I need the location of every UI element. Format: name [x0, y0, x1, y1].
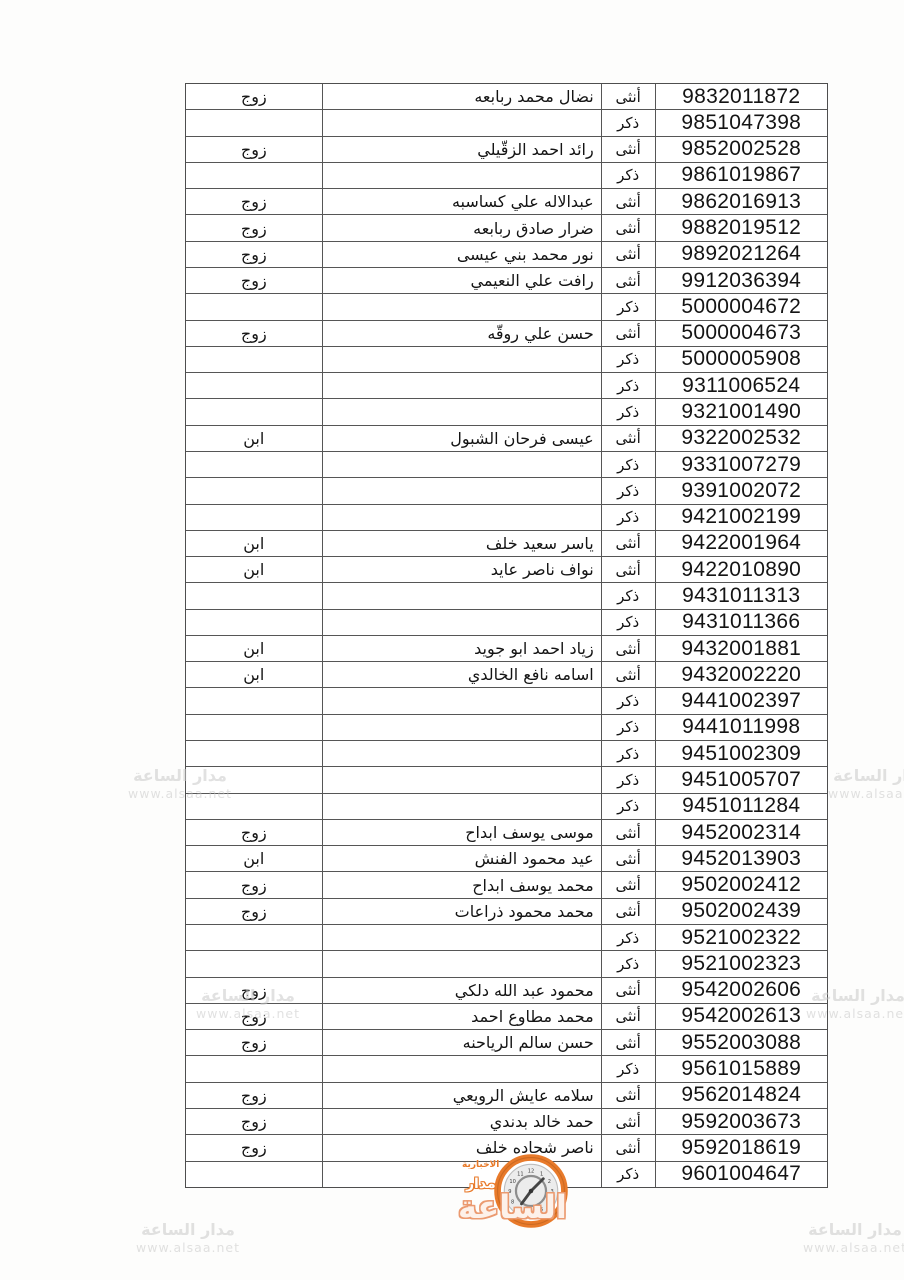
name-cell: اسامه نافع الخالدي — [323, 662, 602, 687]
table-row: ابنعيد محمود الفنشأنثى9452013903 — [186, 846, 827, 872]
gender-cell: أنثى — [602, 899, 656, 924]
table-row: ذكر9431011366 — [186, 610, 827, 636]
national-id-cell: 9561015889 — [656, 1056, 827, 1081]
relationship-cell — [186, 1162, 323, 1187]
relationship-cell: زوج — [186, 978, 323, 1003]
national-id-cell: 9592003673 — [656, 1109, 827, 1134]
gender-cell: ذكر — [602, 610, 656, 635]
national-id-cell: 9431011366 — [656, 610, 827, 635]
name-cell — [323, 583, 602, 608]
gender-cell: ذكر — [602, 399, 656, 424]
relationship-cell: زوج — [186, 1083, 323, 1108]
gender-cell: ذكر — [602, 1056, 656, 1081]
gender-cell: ذكر — [602, 452, 656, 477]
table-row: ابنياسر سعيد خلفأنثى9422001964 — [186, 531, 827, 557]
name-cell — [323, 741, 602, 766]
name-cell: زياد احمد ابو جويد — [323, 636, 602, 661]
national-id-cell: 9542002613 — [656, 1004, 827, 1029]
gender-cell: أنثى — [602, 426, 656, 451]
table-row: ذكر9451011284 — [186, 794, 827, 820]
table-row: ذكر9441011998 — [186, 715, 827, 741]
national-id-cell: 9422001964 — [656, 531, 827, 556]
relationship-cell: ابن — [186, 662, 323, 687]
name-cell — [323, 110, 602, 135]
watermark-sitename: مدار الساعة — [775, 1220, 904, 1240]
national-id-cell: 9552003088 — [656, 1030, 827, 1055]
table-row: ابنعيسى فرحان الشبولأنثى9322002532 — [186, 426, 827, 452]
table-row: زوجضرار صادق ربابعهأنثى9882019512 — [186, 215, 827, 241]
site-watermark: مدار الساعةwww.alsaa.net — [775, 1220, 904, 1256]
national-id-cell: 9452002314 — [656, 820, 827, 845]
gender-cell: ذكر — [602, 715, 656, 740]
table-row: زوجمحمد يوسف ابداحأنثى9502002412 — [186, 872, 827, 898]
relationship-cell: زوج — [186, 84, 323, 109]
national-id-cell: 9521002322 — [656, 925, 827, 950]
name-cell — [323, 767, 602, 792]
national-id-cell: 9451011284 — [656, 794, 827, 819]
national-id-cell: 9882019512 — [656, 215, 827, 240]
gender-cell: ذكر — [602, 951, 656, 976]
name-cell: عيسى فرحان الشبول — [323, 426, 602, 451]
national-id-cell: 9851047398 — [656, 110, 827, 135]
table-row: ذكر5000005908 — [186, 347, 827, 373]
table-row: زوجناصر شحاده خلفأنثى9592018619 — [186, 1135, 827, 1161]
national-id-cell: 9502002439 — [656, 899, 827, 924]
table-row: زوجرافت علي النعيميأنثى9912036394 — [186, 268, 827, 294]
name-cell — [323, 925, 602, 950]
relationship-cell: زوج — [186, 242, 323, 267]
site-watermark: مدار الساعةwww.alsaa.net — [108, 1220, 268, 1256]
national-id-cell: 9432002220 — [656, 662, 827, 687]
svg-text:7: 7 — [519, 1207, 522, 1213]
table-row: زوجسلامه عايش الرويعيأنثى9562014824 — [186, 1083, 827, 1109]
gender-cell: أنثى — [602, 137, 656, 162]
table-row: ذكر9861019867 — [186, 163, 827, 189]
relationship-cell — [186, 478, 323, 503]
national-id-cell: 9451005707 — [656, 767, 827, 792]
relationship-cell — [186, 583, 323, 608]
gender-cell: ذكر — [602, 347, 656, 372]
national-id-cell: 9892021264 — [656, 242, 827, 267]
gender-cell: ذكر — [602, 767, 656, 792]
national-id-cell: 9391002072 — [656, 478, 827, 503]
name-cell: رائد احمد الزقّيلي — [323, 137, 602, 162]
name-cell: عيد محمود الفنش — [323, 846, 602, 871]
relationship-cell — [186, 294, 323, 319]
name-cell: حسن علي روقّه — [323, 321, 602, 346]
name-cell: رافت علي النعيمي — [323, 268, 602, 293]
table-row: زوجحمد خالد بدنديأنثى9592003673 — [186, 1109, 827, 1135]
relationship-cell: زوج — [186, 215, 323, 240]
table-row: ذكر9391002072 — [186, 478, 827, 504]
relationship-cell — [186, 688, 323, 713]
national-id-cell: 9502002412 — [656, 872, 827, 897]
relationship-cell — [186, 715, 323, 740]
table-row: ذكر9331007279 — [186, 452, 827, 478]
gender-cell: أنثى — [602, 1004, 656, 1029]
name-cell — [323, 478, 602, 503]
relationship-cell — [186, 505, 323, 530]
relationship-cell — [186, 741, 323, 766]
gender-cell: أنثى — [602, 820, 656, 845]
national-id-cell: 9431011313 — [656, 583, 827, 608]
table-row: ذكر9521002322 — [186, 925, 827, 951]
table-row: زوجحسن علي روقّهأنثى5000004673 — [186, 321, 827, 347]
gender-cell: ذكر — [602, 583, 656, 608]
gender-cell: أنثى — [602, 662, 656, 687]
gender-cell: أنثى — [602, 557, 656, 582]
name-cell: موسى يوسف ابداح — [323, 820, 602, 845]
relationship-cell — [186, 1056, 323, 1081]
table-row: ذكر9441002397 — [186, 688, 827, 714]
table-row: ذكر9421002199 — [186, 505, 827, 531]
national-id-cell: 9852002528 — [656, 137, 827, 162]
name-cell: ياسر سعيد خلف — [323, 531, 602, 556]
national-id-cell: 9432001881 — [656, 636, 827, 661]
name-cell — [323, 794, 602, 819]
relationship-cell: زوج — [186, 321, 323, 346]
name-cell — [323, 688, 602, 713]
national-id-cell: 9542002606 — [656, 978, 827, 1003]
table-row: ابننواف ناصر عايدأنثى9422010890 — [186, 557, 827, 583]
name-cell — [323, 1162, 602, 1187]
national-id-cell: 9452013903 — [656, 846, 827, 871]
records-table: زوجنضال محمد ربابعهأنثى9832011872ذكر9851… — [185, 83, 828, 1188]
relationship-cell: ابن — [186, 557, 323, 582]
gender-cell: أنثى — [602, 1083, 656, 1108]
relationship-cell — [186, 399, 323, 424]
table-row: زوجنور محمد بني عيسىأنثى9892021264 — [186, 242, 827, 268]
national-id-cell: 5000004672 — [656, 294, 827, 319]
name-cell — [323, 610, 602, 635]
national-id-cell: 5000004673 — [656, 321, 827, 346]
national-id-cell: 9451002309 — [656, 741, 827, 766]
national-id-cell: 9832011872 — [656, 84, 827, 109]
relationship-cell: زوج — [186, 137, 323, 162]
relationship-cell: زوج — [186, 872, 323, 897]
name-cell: ناصر شحاده خلف — [323, 1135, 602, 1160]
name-cell — [323, 163, 602, 188]
name-cell — [323, 1056, 602, 1081]
svg-text:8: 8 — [511, 1199, 514, 1205]
gender-cell: ذكر — [602, 478, 656, 503]
relationship-cell — [186, 794, 323, 819]
name-cell: حمد خالد بدندي — [323, 1109, 602, 1134]
relationship-cell: زوج — [186, 899, 323, 924]
table-row: ذكر9431011313 — [186, 583, 827, 609]
relationship-cell — [186, 347, 323, 372]
gender-cell: أنثى — [602, 1109, 656, 1134]
gender-cell: أنثى — [602, 1135, 656, 1160]
relationship-cell: زوج — [186, 1030, 323, 1055]
table-row: ذكر9451005707 — [186, 767, 827, 793]
gender-cell: ذكر — [602, 294, 656, 319]
national-id-cell: 9862016913 — [656, 189, 827, 214]
relationship-cell: زوج — [186, 268, 323, 293]
national-id-cell: 9592018619 — [656, 1135, 827, 1160]
relationship-cell — [186, 110, 323, 135]
gender-cell: ذكر — [602, 794, 656, 819]
gender-cell: ذكر — [602, 925, 656, 950]
national-id-cell: 9521002323 — [656, 951, 827, 976]
relationship-cell: زوج — [186, 1135, 323, 1160]
gender-cell: ذكر — [602, 741, 656, 766]
national-id-cell: 9861019867 — [656, 163, 827, 188]
table-row: ذكر9451002309 — [186, 741, 827, 767]
table-row: زوجموسى يوسف ابداحأنثى9452002314 — [186, 820, 827, 846]
relationship-cell: ابن — [186, 846, 323, 871]
relationship-cell — [186, 767, 323, 792]
gender-cell: ذكر — [602, 1162, 656, 1187]
watermark-url: www.alsaa.net — [108, 1240, 268, 1256]
gender-cell: أنثى — [602, 531, 656, 556]
relationship-cell — [186, 373, 323, 398]
name-cell: محمود عبد الله دلكي — [323, 978, 602, 1003]
table-row: ذكر5000004672 — [186, 294, 827, 320]
name-cell: محمد مطاوع احمد — [323, 1004, 602, 1029]
name-cell: سلامه عايش الرويعي — [323, 1083, 602, 1108]
table-row: زوجمحمود عبد الله دلكيأنثى9542002606 — [186, 978, 827, 1004]
svg-text:3: 3 — [551, 1189, 554, 1195]
name-cell: محمد محمود ذراعات — [323, 899, 602, 924]
relationship-cell: زوج — [186, 189, 323, 214]
gender-cell: أنثى — [602, 321, 656, 346]
gender-cell: أنثى — [602, 636, 656, 661]
gender-cell: أنثى — [602, 846, 656, 871]
name-cell — [323, 715, 602, 740]
national-id-cell: 9421002199 — [656, 505, 827, 530]
national-id-cell: 9562014824 — [656, 1083, 827, 1108]
table-row: ذكر9311006524 — [186, 373, 827, 399]
national-id-cell: 9322002532 — [656, 426, 827, 451]
name-cell: حسن سالم الرياحنه — [323, 1030, 602, 1055]
national-id-cell: 9912036394 — [656, 268, 827, 293]
national-id-cell: 5000005908 — [656, 347, 827, 372]
gender-cell: أنثى — [602, 84, 656, 109]
national-id-cell: 9422010890 — [656, 557, 827, 582]
svg-text:4: 4 — [548, 1199, 551, 1205]
relationship-cell: ابن — [186, 636, 323, 661]
svg-text:9: 9 — [508, 1189, 511, 1195]
gender-cell: ذكر — [602, 688, 656, 713]
national-id-cell: 9321001490 — [656, 399, 827, 424]
svg-text:6: 6 — [529, 1210, 532, 1216]
name-cell — [323, 452, 602, 477]
table-row: ذكر9561015889 — [186, 1056, 827, 1082]
name-cell — [323, 347, 602, 372]
name-cell — [323, 951, 602, 976]
document-page: زوجنضال محمد ربابعهأنثى9832011872ذكر9851… — [0, 0, 904, 1280]
relationship-cell — [186, 951, 323, 976]
relationship-cell: زوج — [186, 820, 323, 845]
table-row: زوجمحمد مطاوع احمدأنثى9542002613 — [186, 1004, 827, 1030]
relationship-cell: زوج — [186, 1109, 323, 1134]
relationship-cell: زوج — [186, 1004, 323, 1029]
gender-cell: أنثى — [602, 189, 656, 214]
gender-cell: أنثى — [602, 242, 656, 267]
logo-word-main: الساعة — [458, 1188, 567, 1226]
name-cell — [323, 373, 602, 398]
relationship-cell — [186, 163, 323, 188]
name-cell: عبدالاله علي كساسبه — [323, 189, 602, 214]
name-cell: نور محمد بني عيسى — [323, 242, 602, 267]
relationship-cell — [186, 925, 323, 950]
relationship-cell — [186, 452, 323, 477]
table-row: ذكر9321001490 — [186, 399, 827, 425]
table-row: ذكر9521002323 — [186, 951, 827, 977]
gender-cell: ذكر — [602, 373, 656, 398]
name-cell: نواف ناصر عايد — [323, 557, 602, 582]
relationship-cell: ابن — [186, 531, 323, 556]
table-row: زوجمحمد محمود ذراعاتأنثى9502002439 — [186, 899, 827, 925]
table-row: زوجنضال محمد ربابعهأنثى9832011872 — [186, 84, 827, 110]
table-row: ابناسامه نافع الخالديأنثى9432002220 — [186, 662, 827, 688]
table-row: ذكر9851047398 — [186, 110, 827, 136]
name-cell: محمد يوسف ابداح — [323, 872, 602, 897]
gender-cell: أنثى — [602, 268, 656, 293]
name-cell — [323, 505, 602, 530]
table-row: زوجرائد احمد الزقّيليأنثى9852002528 — [186, 137, 827, 163]
gender-cell: ذكر — [602, 163, 656, 188]
svg-text:5: 5 — [540, 1207, 543, 1213]
national-id-cell: 9441011998 — [656, 715, 827, 740]
national-id-cell: 9331007279 — [656, 452, 827, 477]
national-id-cell: 9311006524 — [656, 373, 827, 398]
gender-cell: أنثى — [602, 1030, 656, 1055]
watermark-url: www.alsaa.net — [775, 1240, 904, 1256]
watermark-sitename: مدار الساعة — [108, 1220, 268, 1240]
relationship-cell: ابن — [186, 426, 323, 451]
national-id-cell: 9601004647 — [656, 1162, 827, 1187]
table-row: زوجحسن سالم الرياحنهأنثى9552003088 — [186, 1030, 827, 1056]
gender-cell: أنثى — [602, 872, 656, 897]
gender-cell: أنثى — [602, 978, 656, 1003]
gender-cell: ذكر — [602, 505, 656, 530]
name-cell: ضرار صادق ربابعه — [323, 215, 602, 240]
national-id-cell: 9441002397 — [656, 688, 827, 713]
name-cell: نضال محمد ربابعه — [323, 84, 602, 109]
table-row: زوجعبدالاله علي كساسبهأنثى9862016913 — [186, 189, 827, 215]
gender-cell: أنثى — [602, 215, 656, 240]
gender-cell: ذكر — [602, 110, 656, 135]
name-cell — [323, 294, 602, 319]
name-cell — [323, 399, 602, 424]
table-row: ابنزياد احمد ابو جويدأنثى9432001881 — [186, 636, 827, 662]
relationship-cell — [186, 610, 323, 635]
table-row: ذكر9601004647 — [186, 1162, 827, 1187]
